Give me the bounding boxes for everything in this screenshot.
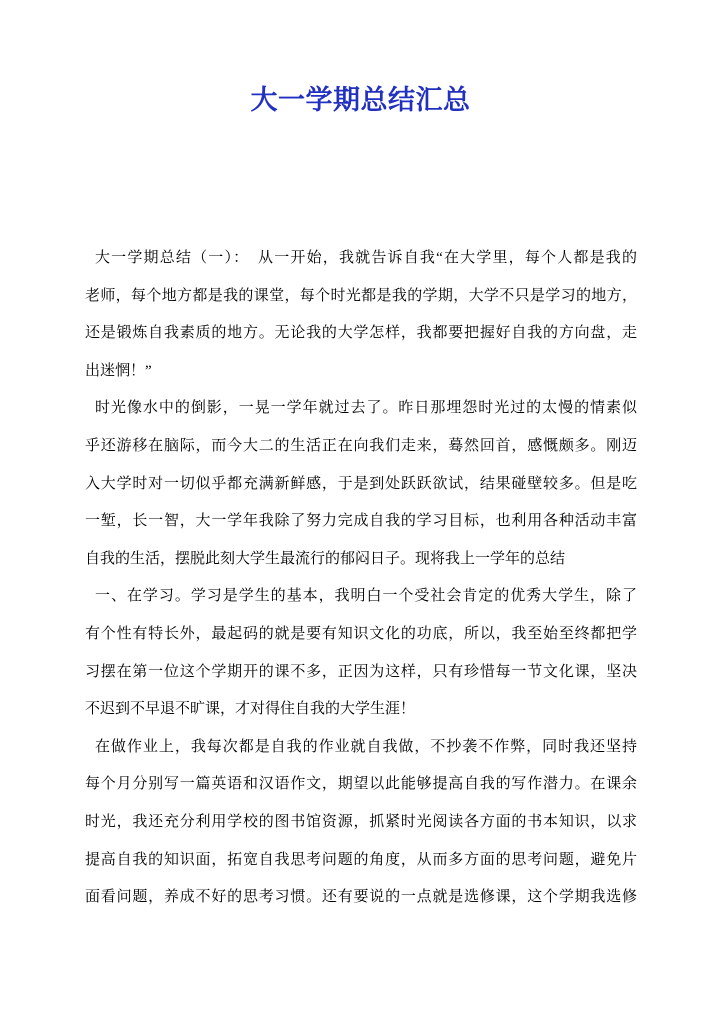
text-line: 习摆在第一位这个学期开的课不多，正因为这样，只有珍惜每一节文化课，坚决 (85, 654, 637, 692)
text-line: 一、在学习。学习是学生的基本，我明白一个受社会肯定的优秀大学生，除了 (85, 578, 637, 616)
text-line: 不迟到不早退不旷课，才对得住自我的大学生涯！ (85, 691, 637, 729)
text-line: 自我的生活，摆脱此刻大学生最流行的郁闷日子。现将我上一学年的总结 (85, 541, 637, 579)
text-line: 面看问题，养成不好的思考习惯。还有要说的一点就是选修课，这个学期我选修 (85, 879, 637, 917)
text-line: 老师，每个地方都是我的课堂，每个时光都是我的学期，大学不只是学习的地方， (85, 278, 637, 316)
text-line: 有个性有特长外，最起码的就是要有知识文化的功底，所以，我至始至终都把学 (85, 616, 637, 654)
text-line: 在做作业上，我每次都是自我的作业就自我做，不抄袭不作弊，同时我还坚持 (85, 729, 637, 767)
text-line: 乎还游移在脑际，而今大二的生活正在向我们走来，蓦然回首，感慨颇多。刚迈 (85, 428, 637, 466)
document-page: 大一学期总结汇总 大一学期总结（一）： 从一开始，我就告诉自我“在大学里，每个人… (0, 0, 721, 1020)
text-line: 一堑，长一智，大一学年我除了努力完成自我的学习目标，也利用各种活动丰富 (85, 503, 637, 541)
text-line: 出迷惘！” (85, 353, 637, 391)
text-line: 每个月分别写一篇英语和汉语作文，期望以此能够提高自我的写作潜力。在课余 (85, 766, 637, 804)
text-line: 入大学时对一切似乎都充满新鲜感，于是到处跃跃欲试，结果碰壁较多。但是吃 (85, 466, 637, 504)
document-title: 大一学期总结汇总 (0, 0, 721, 118)
text-line: 还是锻炼自我素质的地方。无论我的大学怎样，我都要把握好自我的方向盘，走 (85, 315, 637, 353)
text-line: 大一学期总结（一）： 从一开始，我就告诉自我“在大学里，每个人都是我的 (85, 240, 637, 278)
text-line: 时光像水中的倒影，一晃一学年就过去了。昨日那埋怨时光过的太慢的情素似 (85, 390, 637, 428)
document-body: 大一学期总结（一）： 从一开始，我就告诉自我“在大学里，每个人都是我的老师，每个… (85, 240, 637, 917)
text-line: 时光，我还充分利用学校的图书馆资源，抓紧时光阅读各方面的书本知识，以求 (85, 804, 637, 842)
text-line: 提高自我的知识面，拓宽自我思考问题的角度，从而多方面的思考问题，避免片 (85, 842, 637, 880)
